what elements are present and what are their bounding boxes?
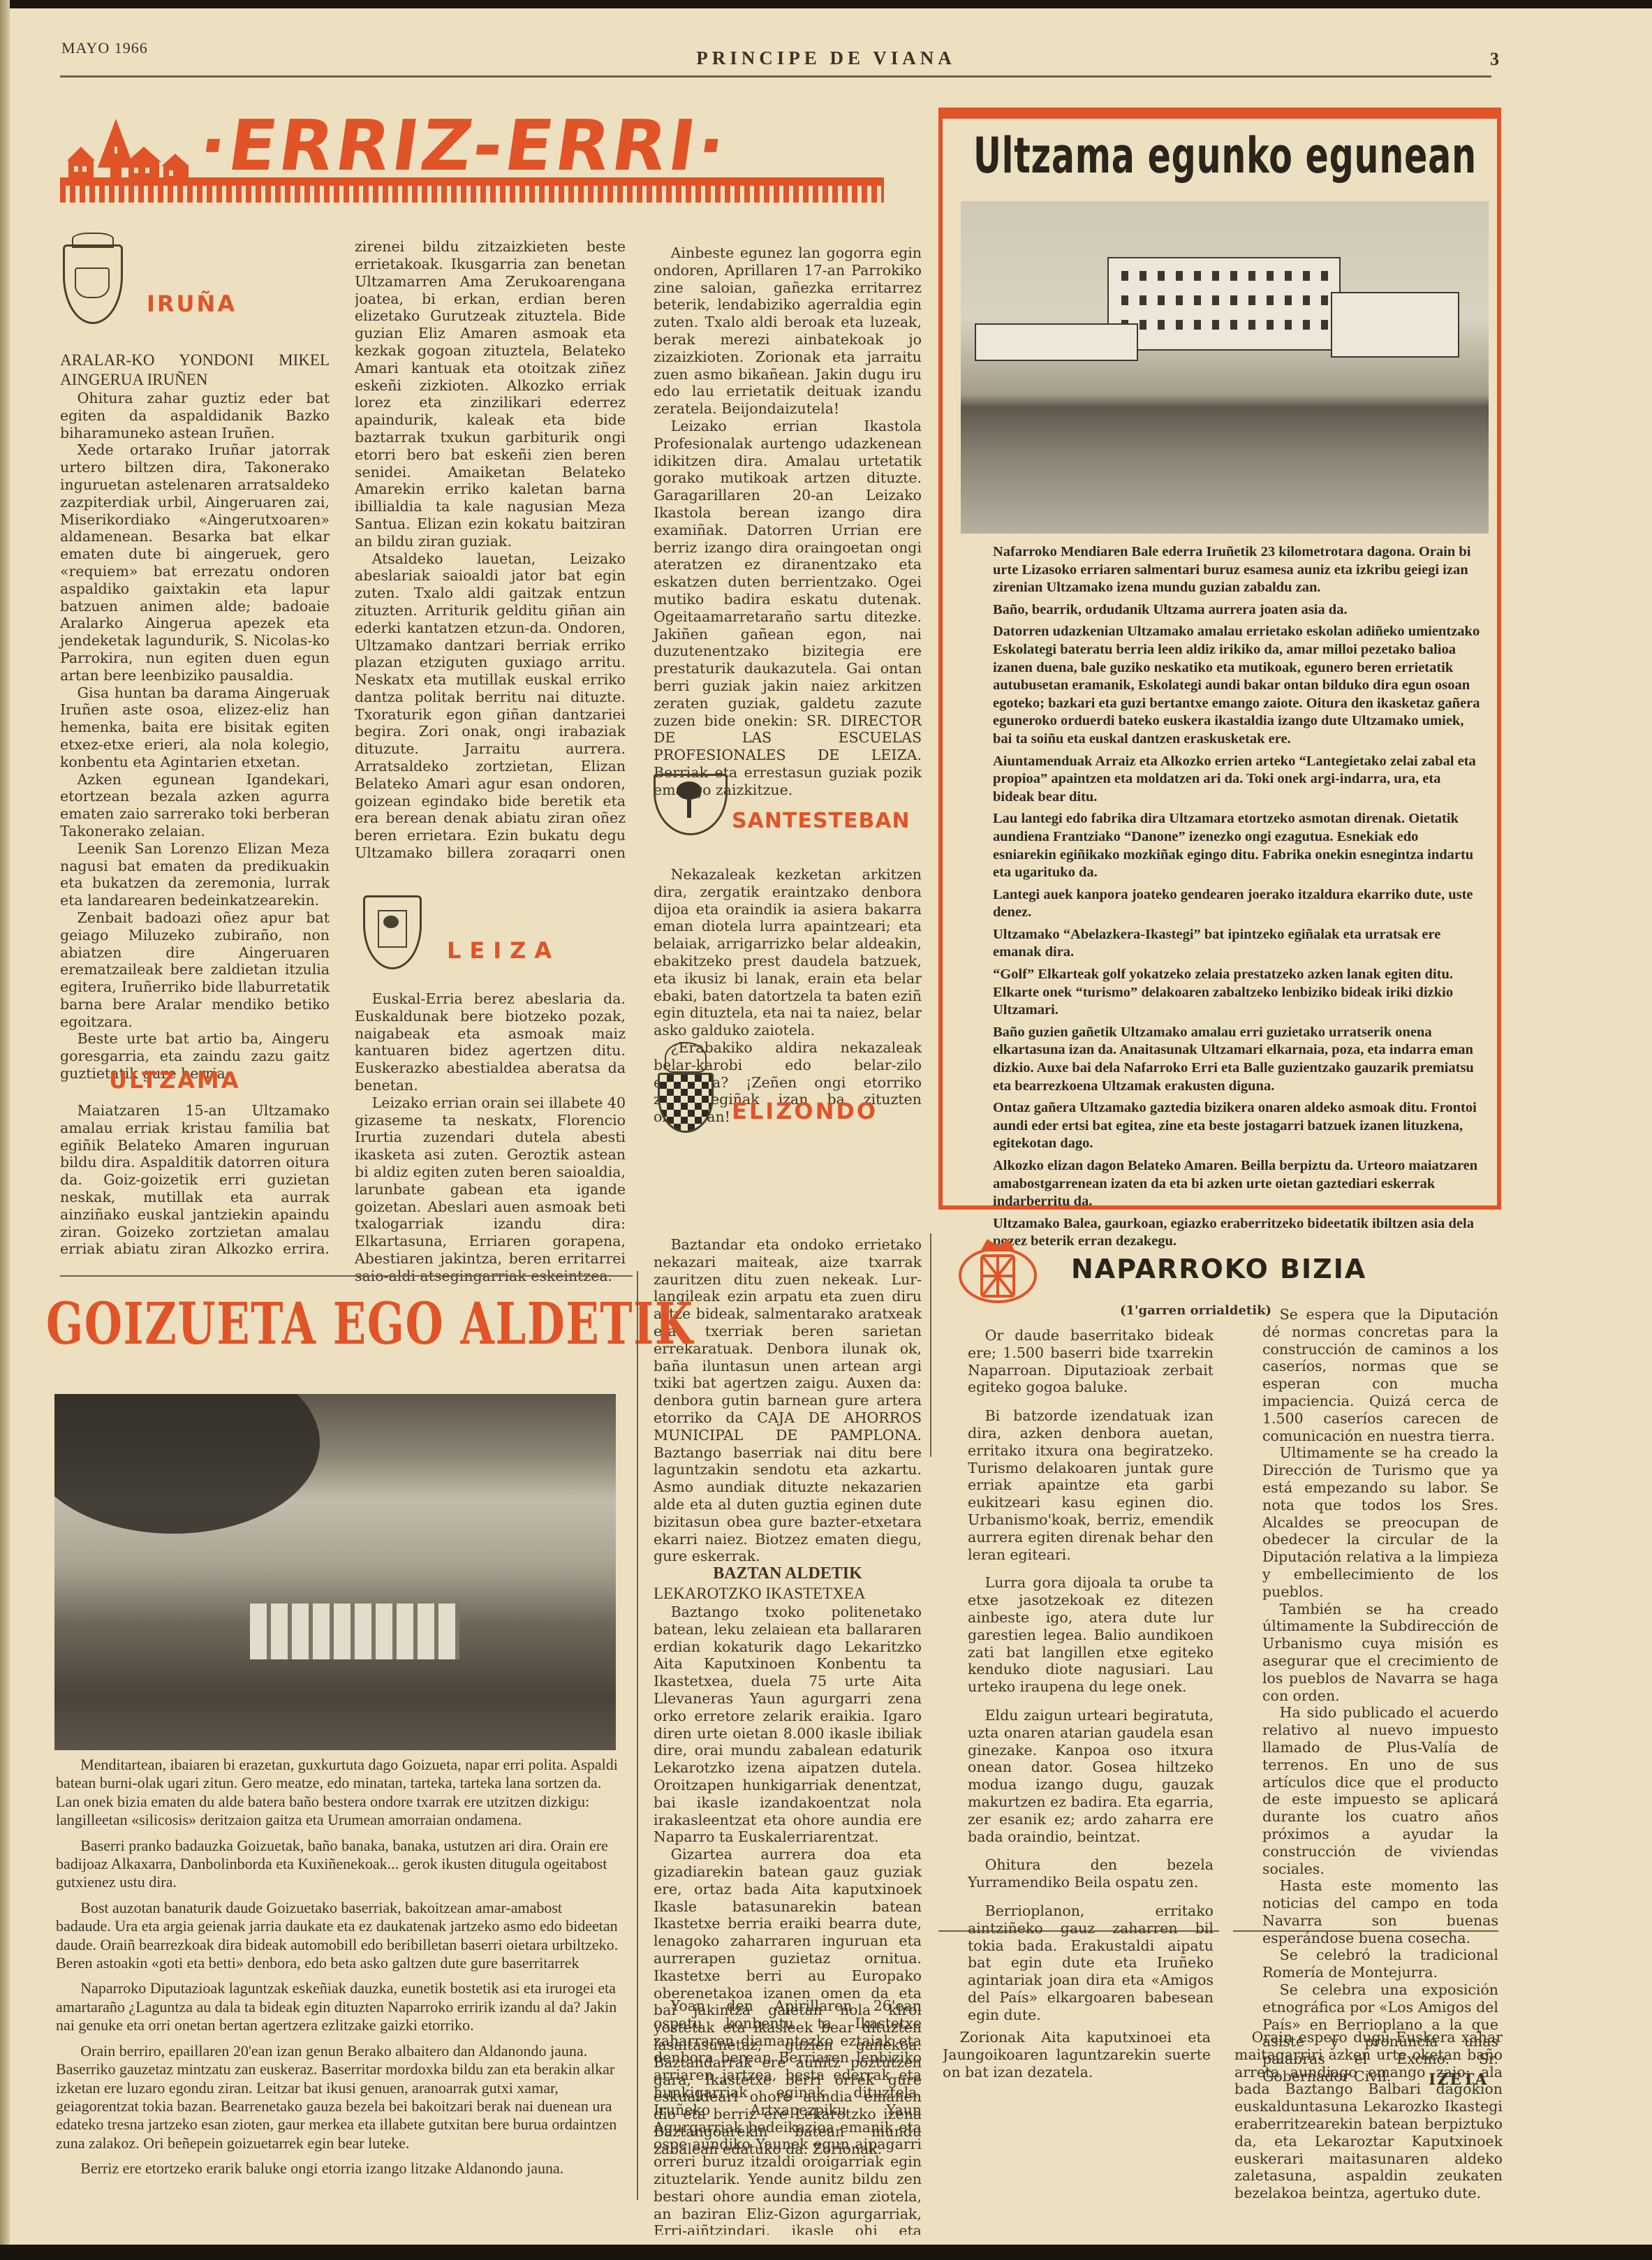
paragraph: Maiatzaren 15-an Ultzamako amalau erriak… bbox=[355, 237, 626, 550]
paragraph: Leizako errian orain sei illabete 40 giz… bbox=[355, 1094, 626, 1285]
section-title-santesteban: SANTESTEBAN bbox=[732, 809, 910, 833]
paragraph: Leenik San Lorenzo Elizan Meza nagusi ba… bbox=[60, 840, 330, 909]
paragraph: Xede ortarako Iruñar jatorrak urtero bil… bbox=[60, 441, 330, 684]
baztan-title: BAZTAN ALDETIK bbox=[654, 1563, 922, 1584]
santesteban-coat-of-arms-icon bbox=[654, 774, 728, 835]
paragraph: Lantegi auek kanpora joateko gendearen j… bbox=[993, 886, 1484, 922]
scan-bottom-edge bbox=[0, 2245, 1652, 2260]
baztan-article-part2: Yoan den Apirillaren 26'ean ospatu konbe… bbox=[654, 1997, 922, 2235]
paragraph: Maiatzaren 15-an Ultzamako amalau erriak… bbox=[60, 1102, 330, 1256]
paragraph: Nekazaleak kezketan arkitzen dira, zerga… bbox=[654, 866, 922, 1039]
paragraph: Berriz ere etortzeko erarik baluke ongi … bbox=[56, 2159, 619, 2178]
paragraph: Baserri pranko badauzka Goizuetak, baño … bbox=[56, 1837, 619, 1892]
column-rule bbox=[637, 1271, 638, 2200]
paragraph: Ohitura zahar guztiz eder bat egiten da … bbox=[60, 390, 330, 441]
banner-title: ·ERRIZ-ERRI· bbox=[194, 105, 733, 186]
iruna-article: ARALAR-KO YONDONI MIKEL AINGERUA IRUÑEN … bbox=[60, 351, 330, 1083]
paragraph: Baztandar eta ondoko errietako nekazari … bbox=[654, 1236, 922, 1565]
elizondo-article: Baztandar eta ondoko errietako nekazari … bbox=[654, 1236, 922, 1565]
navarra-crowned-coat-of-arms-icon bbox=[952, 1235, 1043, 1305]
header-rule bbox=[60, 75, 1491, 78]
building-annex bbox=[1331, 292, 1459, 358]
paragraph: Bi batzorde izendatuak izan dira, azken … bbox=[968, 1407, 1214, 1563]
fence-pickets bbox=[60, 183, 884, 203]
paragraph: Naparroko Diputazioak laguntzak eskeñiak… bbox=[56, 1979, 619, 2034]
paragraph: Gisa huntan ba darama Aingeruak Iruñen a… bbox=[60, 684, 330, 771]
continued-from-note: (1'garren orrialdetik) bbox=[1120, 1303, 1271, 1318]
building-wing bbox=[975, 323, 1138, 361]
ultzama-article-part2: Maiatzaren 15-an Ultzamako amalau erriak… bbox=[355, 237, 626, 859]
helmet-crest-icon bbox=[665, 1042, 707, 1073]
paragraph: Baño, bearrik, ordudanik Ultzama aurrera… bbox=[993, 601, 1484, 619]
paragraph: Ainbeste egunez lan gogorra egin ondoren… bbox=[654, 244, 922, 418]
paragraph: Lurra gora dijoala ta orube ta etxe jaso… bbox=[968, 1574, 1214, 1696]
paragraph: Ontaz gañera Ultzamako gaztedia bizikera… bbox=[993, 1099, 1484, 1153]
section-banner: ·ERRIZ-ERRI· bbox=[60, 105, 926, 203]
pamplona-coat-of-arms-icon bbox=[63, 244, 123, 324]
paragraph: Ha sido publicado el acuerdo relativo al… bbox=[1262, 1704, 1498, 1877]
naparroko-bizia-basque-column: Or daude baserritako bideak ere; 1.500 b… bbox=[968, 1327, 1214, 2023]
leiza-coat-of-arms-icon bbox=[363, 895, 422, 969]
leiza-article-part2: Ainbeste egunez lan gogorra egin ondoren… bbox=[654, 244, 922, 799]
paragraph: Zenbait badoazi oñez apur bat geiago Mil… bbox=[60, 909, 330, 1031]
paragraph: Azken egunean Igandekari, etortzean beza… bbox=[60, 771, 330, 840]
leiza-article-part1: Euskal-Erria berez abeslaria da. Euskald… bbox=[355, 990, 626, 1285]
school-building-photo-icon bbox=[961, 201, 1489, 534]
ultzama-article-part1: Maiatzaren 15-an Ultzamako amalau erriak… bbox=[60, 1102, 330, 1256]
scan-top-edge bbox=[0, 0, 1652, 8]
goizueta-title: GOIZUETA EGO ALDETIK bbox=[46, 1291, 694, 1358]
paragraph: Baño guzien gañetik Ultzamako amalau err… bbox=[993, 1024, 1484, 1095]
paragraph: Ultzamako Balea, gaurkoan, egiazko erabe… bbox=[993, 1215, 1484, 1251]
paragraph: Se espera que la Diputación dé normas co… bbox=[1262, 1306, 1498, 1444]
section-divider bbox=[60, 1275, 633, 1277]
paragraph: Euskal-Erria berez abeslaria da. Euskald… bbox=[355, 990, 626, 1094]
paragraph: Hasta este momento las noticias del camp… bbox=[1262, 1877, 1498, 1946]
paragraph: Ultzamako “Abelazkera-Ikastegi” bat ipin… bbox=[993, 926, 1484, 962]
section-title-iruna: IRUÑA bbox=[147, 291, 237, 317]
baztan-article-part3: Zorionak Aita kaputxinoei eta Jaungoikoa… bbox=[943, 2029, 1211, 2238]
paragraph: También se ha creado últimamente la Subd… bbox=[1262, 1601, 1498, 1705]
paragraph: Nafarroko Mendiaren Bale ederra Iruñetik… bbox=[993, 543, 1484, 597]
paragraph: Eldu zaigun urteari begiratuta, uzta ona… bbox=[968, 1707, 1214, 1845]
paragraph: Se celebró la tradicional Romería de Mon… bbox=[1262, 1946, 1498, 1981]
naparroko-bizia-spanish-column: Se espera que la Diputación dé normas co… bbox=[1262, 1306, 1498, 2085]
goizueta-article: Menditartean, ibaiaren bi erazetan, guxk… bbox=[56, 1756, 619, 2185]
paragraph: Leizako errian Ikastola Profesionalak au… bbox=[654, 418, 922, 799]
section-title-naparroko-bizia: NAPARROKO BIZIA bbox=[1071, 1254, 1366, 1284]
paragraph: Menditartean, ibaiaren bi erazetan, guxk… bbox=[56, 1756, 619, 1830]
paragraph: Ultimamente se ha creado la Dirección de… bbox=[1262, 1444, 1498, 1600]
paragraph: Yoan den Apirillaren 26'ean ospatu konbe… bbox=[654, 1997, 922, 2235]
section-title-leiza: LEIZA bbox=[447, 937, 560, 964]
paragraph: Aiuntamenduak Arraiz eta Alkozko errien … bbox=[993, 753, 1484, 807]
paragraph: Se celebra una exposición etnográfica po… bbox=[1262, 1981, 1498, 2085]
publication-title: PRINCIPE DE VIANA bbox=[0, 47, 1652, 69]
paragraph: Atsaldeko lauetan, Leizako abeslariak sa… bbox=[355, 550, 626, 859]
paragraph: Lau lantegi edo fabrika dira Ultzamara e… bbox=[993, 810, 1484, 881]
goizueta-valley-photo-icon bbox=[54, 1394, 616, 1750]
baztan-subheading: LEKAROTZKO IKASTETXEA bbox=[654, 1584, 922, 1604]
paragraph: Datorren udazkenian Ultzamako amalau err… bbox=[993, 623, 1484, 748]
paragraph: Ohitura den bezela Yurramendiko Beila os… bbox=[968, 1856, 1214, 1891]
ultzama-feature-title: Ultzama egunko egunean bbox=[973, 127, 1477, 184]
paragraph: Zorionak Aita kaputxinoei eta Jaungoikoa… bbox=[943, 2029, 1211, 2081]
village-illustration-icon bbox=[67, 119, 193, 183]
iruna-subheading: ARALAR-KO YONDONI MIKEL AINGERUA IRUÑEN bbox=[60, 351, 330, 390]
paragraph: Orain berriro, epaillaren 20'ean izan ge… bbox=[56, 2042, 619, 2152]
section-title-elizondo: ELIZONDO bbox=[732, 1098, 878, 1124]
section-title-ultzama: ULTZAMA bbox=[109, 1067, 240, 1094]
paragraph: Baztango txoko politenetako batean, leku… bbox=[654, 1604, 922, 1846]
page-number: 3 bbox=[1490, 49, 1499, 70]
paragraph: Berrioplanon, erritako aintziñeko gauz z… bbox=[968, 1902, 1214, 2024]
paragraph: Bost auzotan banaturik daude Goizuetako … bbox=[56, 1899, 619, 1973]
column-rule bbox=[930, 1233, 931, 1457]
paragraph: Or daude baserritako bideak ere; 1.500 b… bbox=[968, 1327, 1214, 1396]
binding-edge bbox=[0, 0, 10, 2260]
paragraph: “Golf” Elkarteak golf yokatzeko zelaia p… bbox=[993, 966, 1484, 1020]
paragraph: Alkozko elizan dagon Belateko Amaren. Be… bbox=[993, 1157, 1484, 1211]
ultzama-feature-article: Nafarroko Mendiaren Bale ederra Iruñetik… bbox=[993, 543, 1484, 1255]
